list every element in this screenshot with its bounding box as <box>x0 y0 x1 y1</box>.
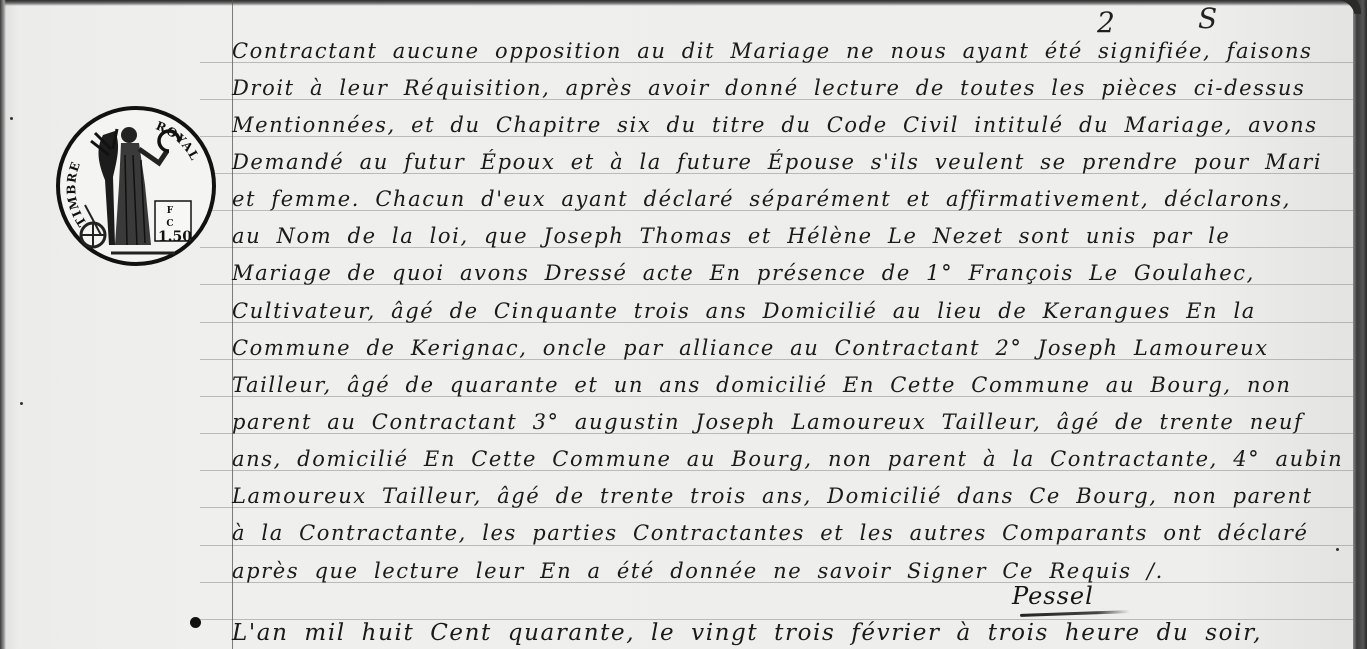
stamp-value: F C 1.50 <box>157 205 193 244</box>
text-line: Commune de Kerignac, oncle par alliance … <box>232 336 1337 360</box>
text-line: et femme. Chacun d'eux ayant déclaré sép… <box>232 187 1337 211</box>
stamp-unit: F C <box>157 205 193 231</box>
text-line: Lamoureux Tailleur, âgé de trente trois … <box>232 484 1337 508</box>
scan-left-edge <box>0 0 6 649</box>
ink-speck <box>1336 548 1339 551</box>
text-line: à la Contractante, les parties Contracta… <box>232 521 1337 545</box>
text-line: Demandé au futur Époux et à la future Ép… <box>232 150 1337 174</box>
text-line: Mentionnées, et du Chapitre six du titre… <box>232 113 1337 137</box>
text-line: parent au Contractant 3° augustin Joseph… <box>232 410 1337 434</box>
timbre-royal-stamp: TIMBRE ROYAL F C 1.50 <box>55 105 217 267</box>
ruled-line <box>200 545 1353 546</box>
ink-dot <box>190 617 201 628</box>
stamp-amount: 1.50 <box>158 229 192 245</box>
page-number: 2 <box>1097 6 1115 39</box>
scan-binding-edge <box>1353 0 1367 649</box>
text-line: Droit à leur Réquisition, après avoir do… <box>232 76 1337 100</box>
scan-top-edge <box>0 0 1367 6</box>
folio-mark: S <box>1198 2 1217 35</box>
text-line: Tailleur, âgé de quarante et un ans domi… <box>232 373 1337 397</box>
officer-signature: Pessel <box>1012 582 1094 610</box>
signature-flourish <box>1020 610 1130 617</box>
text-line-new-entry: L'an mil huit Cent quarante, le vingt tr… <box>232 620 1337 646</box>
text-line: après que lecture leur En a été donnée n… <box>232 559 1337 583</box>
ink-speck <box>20 402 23 405</box>
text-line: Mariage de quoi avons Dressé acte En pré… <box>232 261 1337 285</box>
text-line: ans, domicilié En Cette Commune au Bourg… <box>232 447 1337 471</box>
ink-speck <box>10 117 13 120</box>
text-line: Contractant aucune opposition au dit Mar… <box>232 39 1337 63</box>
text-line: au Nom de la loi, que Joseph Thomas et H… <box>232 224 1337 248</box>
text-line: Cultivateur, âgé de Cinquante trois ans … <box>232 299 1337 323</box>
scanned-register-page: TIMBRE ROYAL F C 1.50 2 <box>0 0 1367 649</box>
